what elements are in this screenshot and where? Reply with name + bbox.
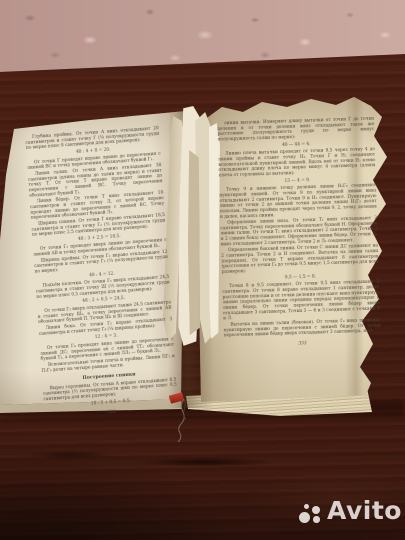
torn-page-stub	[188, 150, 200, 335]
avito-logo-dot	[304, 504, 309, 509]
avito-logo-dot	[312, 506, 320, 514]
avito-logo-dot	[299, 512, 310, 523]
avito-logo-icon	[298, 502, 324, 528]
hanging-binding-thread	[162, 396, 207, 446]
avito-logo-dot	[313, 516, 320, 523]
book-photo: Глубина проймы. От точки А вниз откладыв…	[0, 0, 405, 540]
torn-page-stub	[209, 123, 220, 339]
avito-watermark: Avito	[298, 498, 402, 528]
avito-wordmark: Avito	[327, 498, 402, 524]
